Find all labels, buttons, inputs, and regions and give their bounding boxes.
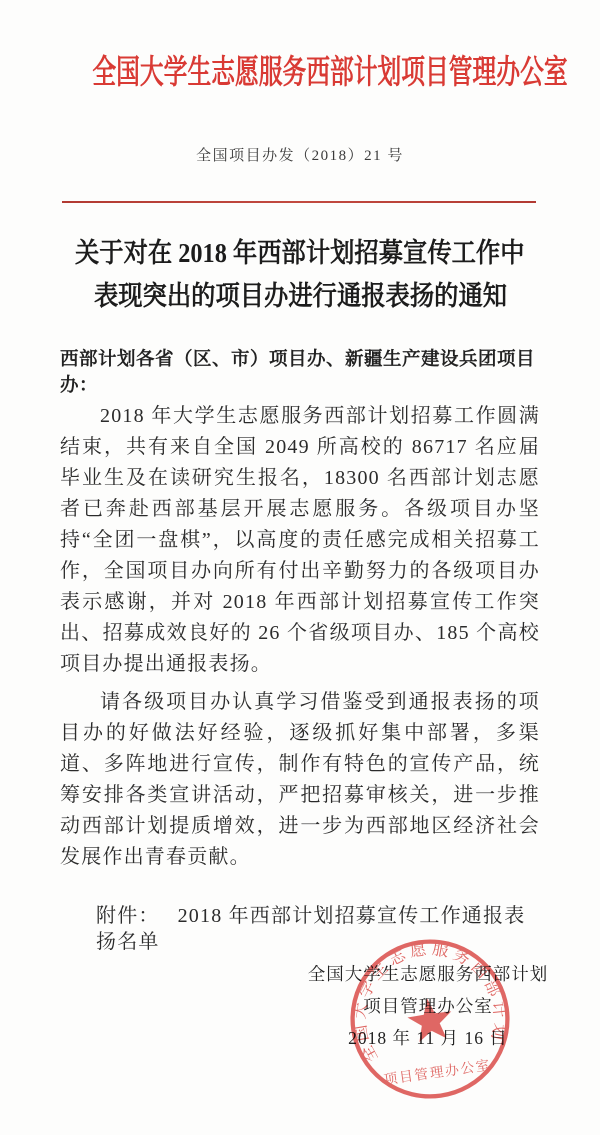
document-number: 全国项目办发（2018）21 号: [0, 144, 600, 165]
body-paragraph-1: 2018 年大学生志愿服务西部计划招募工作圆满结束，共有来自全国 2049 所高…: [60, 401, 540, 680]
letterhead-issuer-title: 全国大学生志愿服务西部计划项目管理办公室: [92, 52, 567, 94]
letterhead: 全国大学生志愿服务西部计划项目管理办公室: [0, 52, 600, 100]
official-notice-page: 全国大学生志愿服务西部计划项目管理办公室 全国项目办发（2018）21 号 关于…: [0, 0, 600, 1135]
signature-org-line2: 项目管理办公室: [283, 990, 573, 1022]
signature-org-line1: 全国大学生志愿服务西部计划: [283, 958, 573, 990]
notice-title-line2: 表现突出的项目办进行通报表扬的通知: [0, 277, 600, 320]
notice-body: 西部计划各省（区、市）项目办、新疆生产建设兵团项目办： 2018 年大学生志愿服…: [0, 346, 600, 955]
attachment-line: 附件：2018 年西部计划招募宣传工作通报表扬名单: [60, 903, 540, 955]
body-paragraph-2: 请各级项目办认真学习借鉴受到通报表扬的项目办的好做法好经验，逐级抓好集中部署，多…: [60, 687, 540, 873]
attachment-label: 附件：: [96, 905, 160, 927]
salutation-line: 西部计划各省（区、市）项目办、新疆生产建设兵团项目办：: [60, 346, 540, 398]
signature-date: 2018 年 11 月 16 日: [283, 1022, 573, 1054]
seal-bottom-text: 项目管理办公室: [383, 1057, 492, 1088]
notice-title: 关于对在 2018 年西部计划招募宣传工作中 表现突出的项目办进行通报表扬的通知: [0, 234, 600, 320]
attachment-title: 2018 年西部计划招募宣传工作通报表扬名单: [96, 905, 525, 953]
red-divider-rule: [62, 201, 536, 203]
notice-title-line1: 关于对在 2018 年西部计划招募宣传工作中: [0, 234, 600, 277]
signature-block: 全国大学生志愿服务西部计划 项目管理办公室 2018 年 11 月 16 日: [283, 958, 573, 1054]
